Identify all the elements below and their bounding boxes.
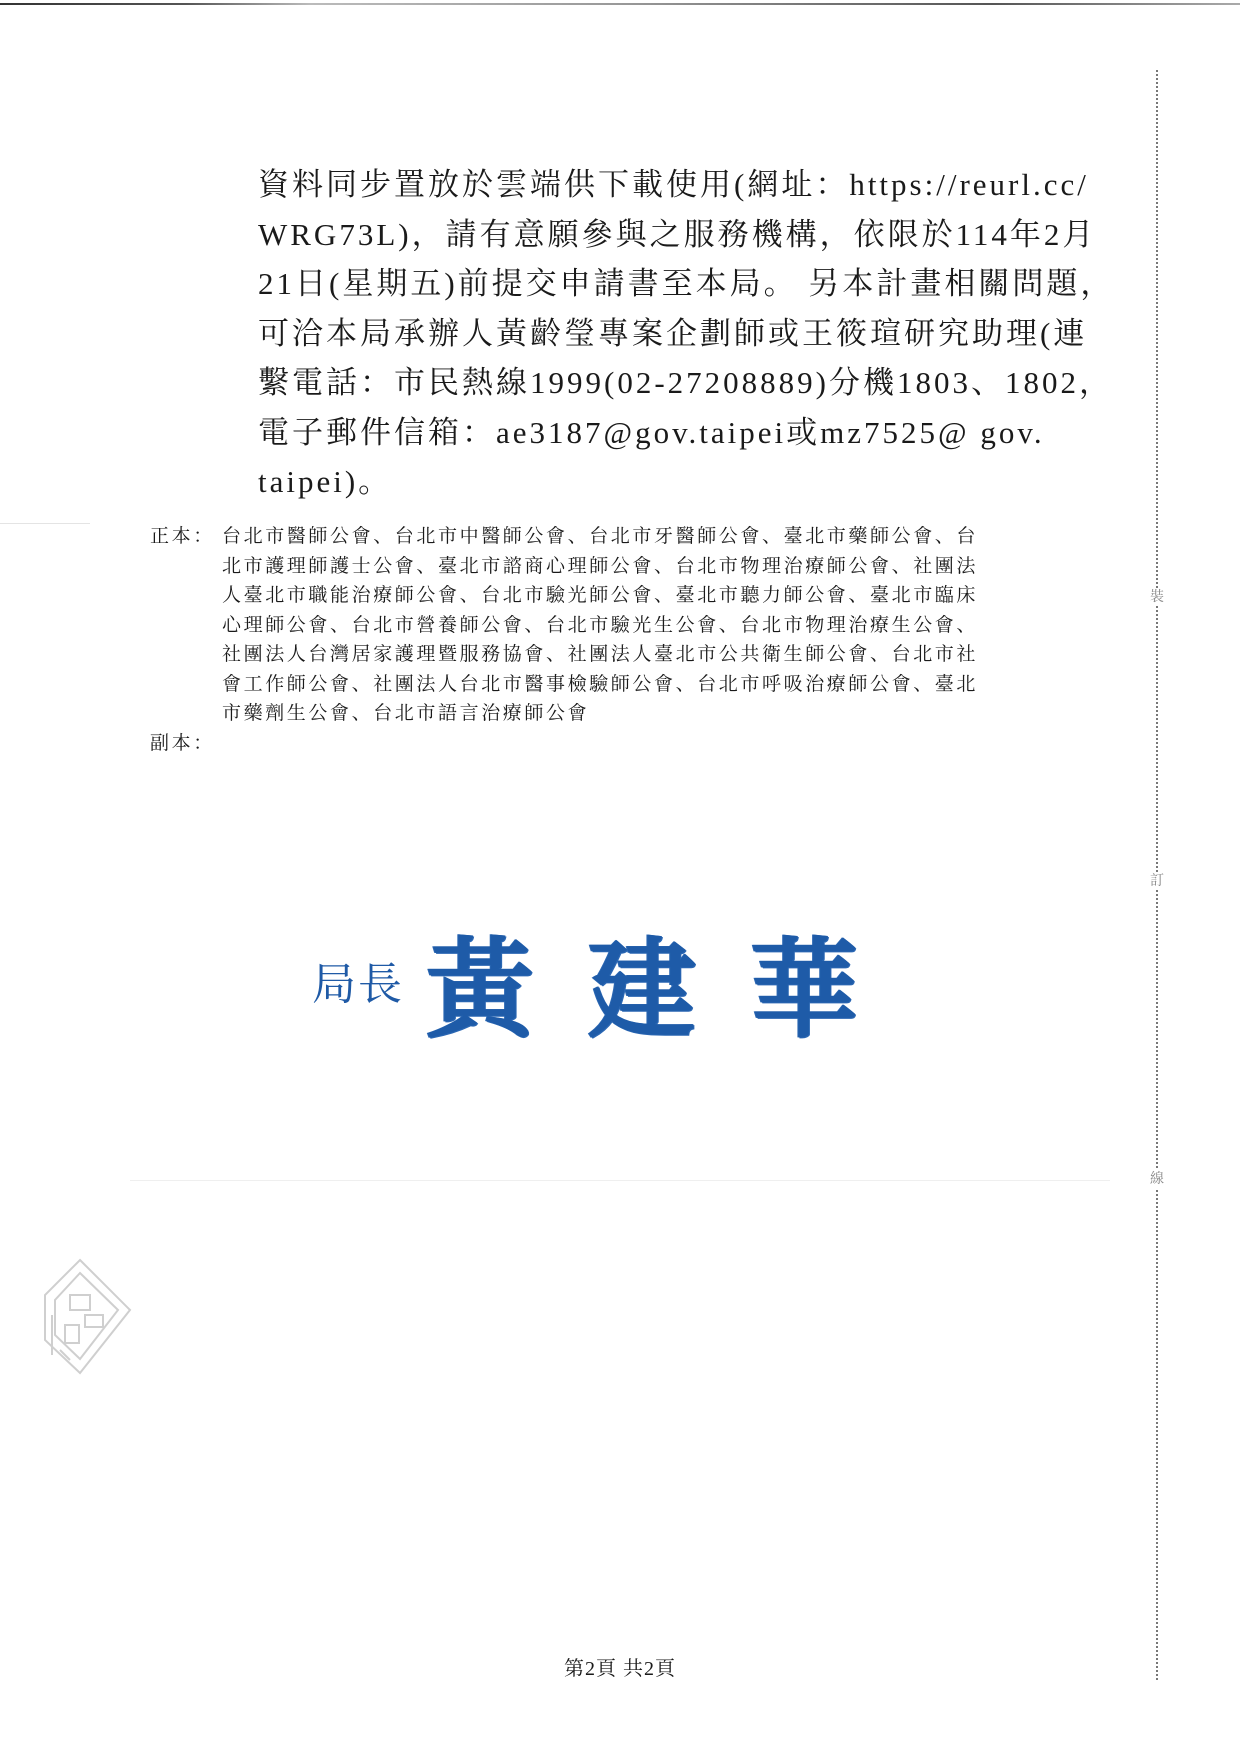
scan-artifact [0,523,90,524]
scan-top-edge [0,3,1240,5]
signature-title: 局長 [312,948,404,1012]
body-line: 繫電話：市民熱線1999(02-27208889)分機1803、1802， [258,358,1118,408]
body-line: WRG73L)，請有意願參與之服務機構，依限於114年2月 [258,210,1118,260]
primary-recipients: 正本： 台北市醫師公會、台北市中醫師公會、台北市牙醫師公會、臺北市藥師公會、台 … [150,522,1130,729]
recipient-line: 會工作師公會、社團法人台北市醫事檢驗師公會、台北市呼吸治療師公會、臺北 [222,670,1130,700]
director-signature-stamp: 局長 黃建華 [312,905,912,1055]
signature-name: 黃建華 [426,903,912,1058]
recipients-block: 正本： 台北市醫師公會、台北市中醫師公會、台北市牙醫師公會、臺北市藥師公會、台 … [150,522,1130,758]
body-line: 21日(星期五)前提交申請書至本局。 另本計畫相關問題， [258,259,1118,309]
recipient-line: 北市護理師護士公會、臺北市諮商心理師公會、台北市物理治療師公會、社團法 [222,552,1130,582]
body-paragraph: 資料同步置放於雲端供下載使用(網址：https://reurl.cc/ WRG7… [258,160,1118,507]
primary-recipients-label: 正本： [150,522,222,729]
body-line: taipei)。 [258,457,1118,507]
primary-recipients-list: 台北市醫師公會、台北市中醫師公會、台北市牙醫師公會、臺北市藥師公會、台 北市護理… [222,522,1130,729]
cc-label: 副本： [150,729,222,759]
binding-char: 訂 [1148,872,1166,890]
recipient-line: 台北市醫師公會、台北市中醫師公會、台北市牙醫師公會、臺北市藥師公會、台 [222,522,1130,552]
page-number: 第2頁 共2頁 [0,1652,1240,1681]
recipient-line: 社團法人台灣居家護理暨服務協會、社團法人臺北市公共衛生師公會、台北市社 [222,640,1130,670]
cc-recipients: 副本： [150,729,1130,759]
body-line: 電子郵件信箱：ae3187@gov.taipei或mz7525@ gov. [258,408,1118,458]
recipient-line: 人臺北市職能治療師公會、台北市驗光師公會、臺北市聽力師公會、臺北市臨床 [222,581,1130,611]
scan-artifact [130,1180,1110,1181]
faint-official-seal-icon [40,1255,135,1380]
binding-char: 裝 [1148,588,1166,606]
body-line: 資料同步置放於雲端供下載使用(網址：https://reurl.cc/ [258,160,1118,210]
recipient-line: 市藥劑生公會、台北市語言治療師公會 [222,699,1130,729]
recipient-line: 心理師公會、台北市營養師公會、台北市驗光生公會、台北市物理治療生公會、 [222,611,1130,641]
body-line: 可洽本局承辦人黃齡瑩專案企劃師或王筱瑄研究助理(連 [258,309,1118,359]
binding-char: 線 [1148,1170,1166,1188]
